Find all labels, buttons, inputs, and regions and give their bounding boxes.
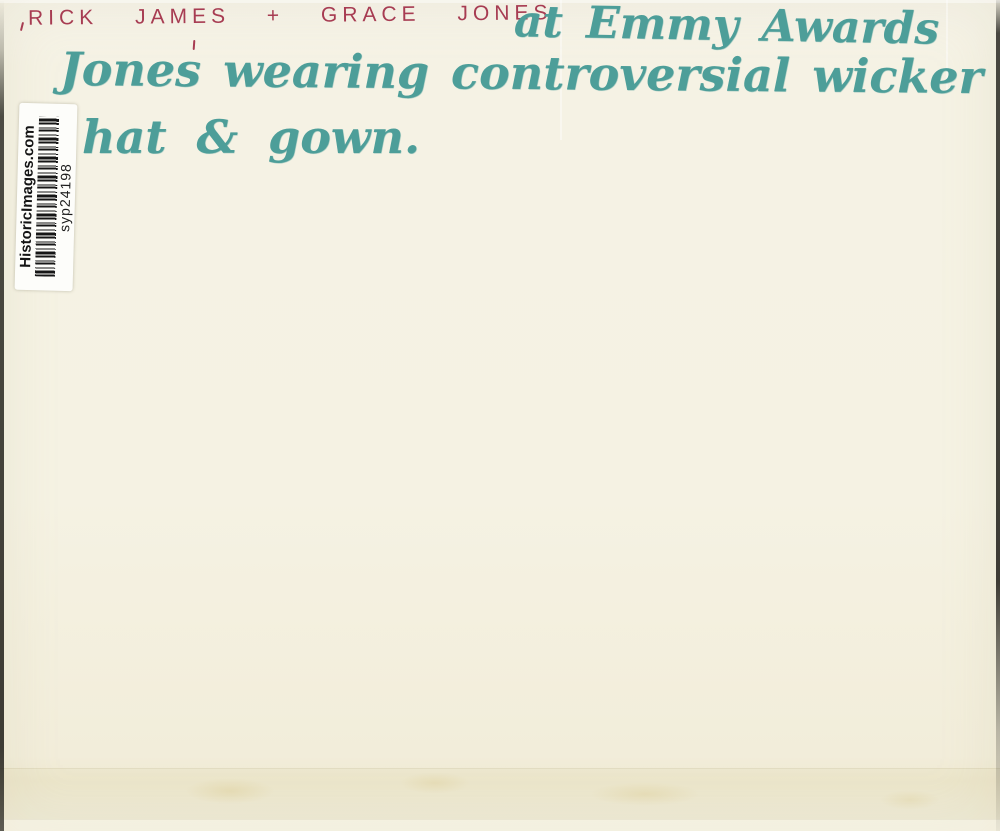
- barcode-sticker: HistoricImages.com syp24198: [15, 102, 78, 290]
- photo-back-scan: RICK JAMES + GRACE JONES at Emmy Awards …: [0, 0, 1000, 831]
- teal-ink-caption-line-2: Jones wearing controversial wicker: [60, 42, 983, 104]
- teal-ink-caption-line-3: hat & gown.: [82, 110, 420, 164]
- sticker-code-label: syp24198: [57, 162, 73, 231]
- barcode-icon: [34, 116, 58, 276]
- sticker-brand-label: HistoricImages.com: [18, 125, 37, 268]
- red-ink-stray-mark: [20, 22, 24, 31]
- scan-edge-left: [0, 0, 4, 831]
- red-ink-caption: RICK JAMES + GRACE JONES: [28, 1, 553, 30]
- barcode-sticker-label: HistoricImages.com syp24198: [15, 102, 78, 290]
- scan-edge-right: [996, 0, 1000, 831]
- paper-bottom-edge-strip: [0, 819, 1000, 831]
